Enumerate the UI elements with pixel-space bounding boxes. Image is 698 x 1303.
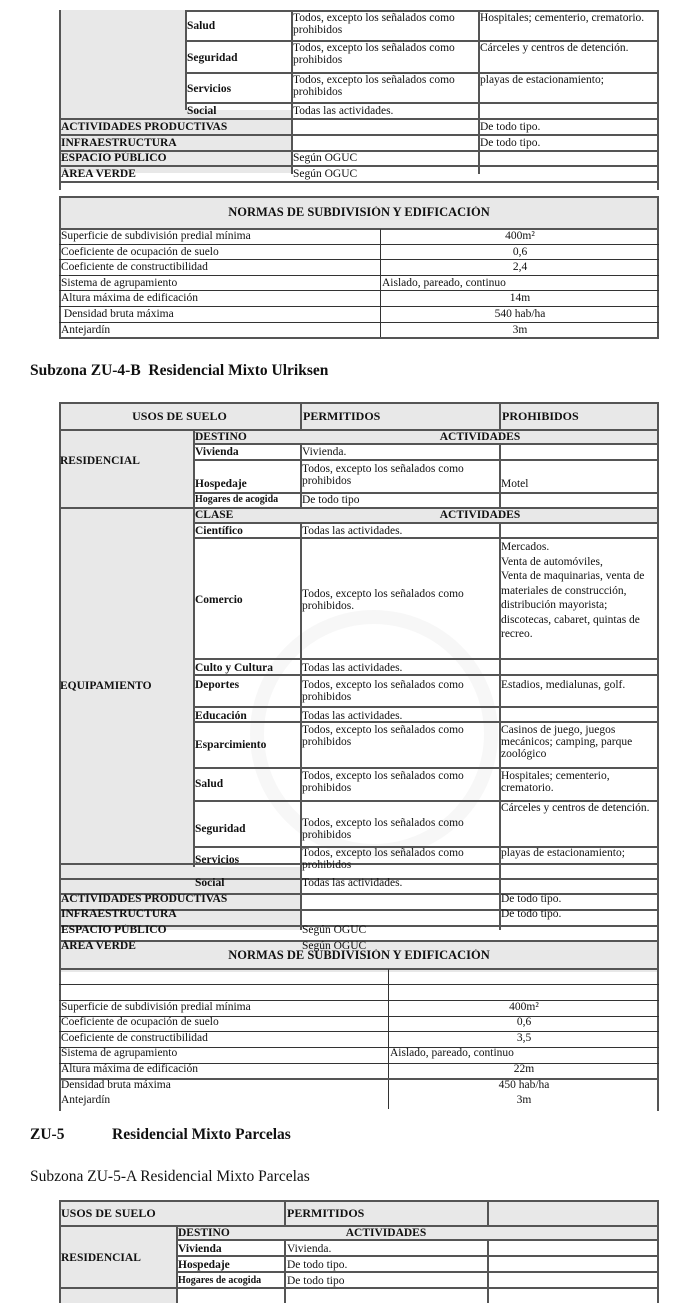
norma-value: 450 hab/ha xyxy=(389,1079,659,1091)
header-prohibidos: PROHIBIDOS xyxy=(501,410,659,422)
norma-value: 0,6 xyxy=(381,246,659,258)
permitidos-cell: Todos, excepto los señalados como prohib… xyxy=(301,847,500,871)
norma-label: Superficie de subdivisión predial mínima xyxy=(60,230,380,242)
uso-label: INFRAESTRUCTURA xyxy=(60,137,292,149)
norma-value: 400m² xyxy=(381,230,659,242)
clase-cell: Científico xyxy=(194,525,300,537)
permitidos-cell: Según OGUC xyxy=(292,152,480,164)
clase-cell: Servicios xyxy=(194,854,300,866)
section-title-zu4b: Subzona ZU-4-B Residencial Mixto Ulrikse… xyxy=(30,362,328,380)
permitidos-cell: Todos, excepto los señalados como prohib… xyxy=(301,724,500,748)
clase-cell: Seguridad xyxy=(194,823,300,835)
clase-cell: Comercio xyxy=(194,594,300,606)
prohibidos-cell: Casinos de juego, juegos mecánicos; camp… xyxy=(500,724,659,760)
header-usos-de-suelo: USOS DE SUELO xyxy=(60,1207,284,1219)
destino-cell: Hospedaje xyxy=(194,478,300,490)
norma-value: 14m xyxy=(381,292,659,304)
permitidos-cell: De todo tipo. xyxy=(286,1259,486,1271)
destino-cell: Hospedaje xyxy=(177,1259,284,1271)
prohibidos-cell: Cárceles y centros de detención. xyxy=(500,802,659,814)
uso-label: ESPACIO PÚBLICO xyxy=(60,924,300,936)
subheader-clase: CLASE xyxy=(194,509,300,521)
norma-value: 3m xyxy=(389,1094,659,1106)
destino-cell: Vivienda xyxy=(194,446,300,458)
uso-label: ACTIVIDADES PRODUCTIVAS xyxy=(60,893,300,905)
prohibidos-cell: playas de estacionamiento; xyxy=(479,74,659,86)
norma-value: 22m xyxy=(389,1063,659,1075)
subheader-actividades: ACTIVIDADES xyxy=(301,431,659,443)
prohibidos-cell: Hospitales; cementerio, crematorio. xyxy=(479,12,659,24)
permitidos-cell: De todo tipo xyxy=(301,494,500,506)
clase-cell: Social xyxy=(186,105,291,117)
permitidos-cell: Todos, excepto los señalados como prohib… xyxy=(292,12,480,36)
header-permitidos: PERMITIDOS xyxy=(286,1207,486,1219)
uso-label: ÁREA VERDE xyxy=(60,168,292,180)
norma-value: Aislado, pareado, continuo xyxy=(381,277,659,289)
permitidos-cell: Todas las actividades. xyxy=(301,877,500,889)
normas-title: NORMAS DE SUBDIVISIÓN Y EDIFICACIÓN xyxy=(59,949,659,961)
norma-label: Coeficiente de ocupación de suelo xyxy=(60,246,380,258)
clase-cell: Seguridad xyxy=(186,52,291,64)
prohibidos-cell: De todo tipo. xyxy=(479,121,659,133)
destino-cell: Hogares de acogida xyxy=(177,1275,284,1287)
permitidos-cell: Todas las actividades. xyxy=(301,710,500,722)
norma-value: 3m xyxy=(381,324,659,336)
subheader-actividades: ACTIVIDADES xyxy=(301,509,659,521)
norma-value: Aislado, pareado, continuo xyxy=(389,1047,659,1059)
permitidos-cell: Todos, excepto los señalados como prohib… xyxy=(301,770,500,794)
prohibidos-cell: playas de estacionamiento; xyxy=(500,847,659,859)
permitidos-cell: De todo tipo xyxy=(286,1275,486,1287)
uso-label: ACTIVIDADES PRODUCTIVAS xyxy=(60,121,292,133)
clase-cell: Social xyxy=(194,877,300,889)
prohibidos-cell: Motel xyxy=(500,478,659,490)
header-permitidos: PERMITIDOS xyxy=(302,410,500,422)
permitidos-cell: Todos, excepto los señalados como prohib… xyxy=(301,679,500,703)
norma-value: 2,4 xyxy=(381,261,659,273)
clase-cell: Deportes xyxy=(194,679,300,691)
clase-cell: Culto y Cultura xyxy=(194,662,300,674)
norma-label: Altura máxima de edificación xyxy=(60,1063,388,1075)
group-residencial: RESIDENCIAL xyxy=(59,455,193,467)
group-residencial: RESIDENCIAL xyxy=(60,1252,176,1264)
clase-cell: Servicios xyxy=(186,83,291,95)
norma-label: Coeficiente de ocupación de suelo xyxy=(60,1016,388,1028)
permitidos-cell: Todos, excepto los señalados como prohib… xyxy=(292,74,480,98)
norma-label: Sistema de agrupamiento xyxy=(60,277,380,289)
uso-label: ESPACIO PÚBLICO xyxy=(60,152,292,164)
prohibidos-cell: Cárceles y centros de detención. xyxy=(479,42,659,54)
prohibidos-cell: Mercados. Venta de automóviles, Venta de… xyxy=(500,540,659,642)
destino-cell: Hogares de acogida xyxy=(194,494,300,506)
subheader-actividades: ACTIVIDADES xyxy=(285,1227,487,1239)
permitidos-cell: Vivienda. xyxy=(301,446,500,458)
norma-value: 3,5 xyxy=(389,1032,659,1044)
section-code-zu5: ZU-5 xyxy=(30,1126,64,1144)
uso-label: INFRAESTRUCTURA xyxy=(60,908,300,920)
permitidos-cell: Todos, excepto los señalados como prohib… xyxy=(292,42,480,66)
permitidos-cell: Todos, excepto los señalados como prohib… xyxy=(301,588,500,612)
subsection-title-zu5a: Subzona ZU-5-A Residencial Mixto Parcela… xyxy=(30,1168,310,1186)
clase-cell: Educación xyxy=(194,710,300,722)
permitidos-cell: Todos, excepto los señalados como prohib… xyxy=(301,463,500,487)
permitidos-cell: Todas las actividades. xyxy=(292,105,480,117)
permitidos-cell: Todas las actividades. xyxy=(301,525,500,537)
norma-value: 400m² xyxy=(389,1001,659,1013)
norma-value: 0,6 xyxy=(389,1016,659,1028)
destino-cell: Vivienda xyxy=(177,1243,284,1255)
prohibidos-cell: Estadios, medialunas, golf. xyxy=(500,679,659,691)
norma-label: Densidad bruta máxima xyxy=(60,308,380,320)
permitidos-cell: Según OGUC xyxy=(301,924,500,936)
subheader-destino: DESTINO xyxy=(194,431,300,443)
header-usos-de-suelo: USOS DE SUELO xyxy=(59,410,300,422)
section-title-zu5: Residencial Mixto Parcelas xyxy=(112,1126,291,1144)
norma-label: Superficie de subdivisión predial mínima xyxy=(60,1001,388,1013)
clase-cell: Salud xyxy=(186,20,291,32)
prohibidos-cell: De todo tipo. xyxy=(500,908,659,920)
permitidos-cell: Vivienda. xyxy=(286,1243,486,1255)
prohibidos-cell: Hospitales; cementerio, crematorio. xyxy=(500,770,659,794)
clase-cell: Esparcimiento xyxy=(194,739,300,751)
clase-cell: Salud xyxy=(194,778,300,790)
permitidos-cell: Según OGUC xyxy=(292,168,480,180)
norma-label: Sistema de agrupamiento xyxy=(60,1047,388,1059)
group-equipamiento: EQUIPAMIENTO xyxy=(59,680,193,692)
norma-label: Altura máxima de edificación xyxy=(60,292,380,304)
norma-label: Antejardín xyxy=(60,324,380,336)
prohibidos-cell: De todo tipo. xyxy=(479,137,659,149)
norma-label: Antejardín xyxy=(60,1094,388,1106)
norma-label: Coeficiente de constructibilidad xyxy=(60,1032,388,1044)
permitidos-cell: Todas las actividades. xyxy=(301,662,500,674)
norma-label: Densidad bruta máxima xyxy=(60,1079,388,1091)
norma-value: 540 hab/ha xyxy=(381,308,659,320)
prohibidos-cell: De todo tipo. xyxy=(500,893,659,905)
subheader-destino: DESTINO xyxy=(177,1227,284,1239)
permitidos-cell: Todos, excepto los señalados como prohib… xyxy=(301,817,500,841)
norma-label: Coeficiente de constructibilidad xyxy=(60,261,380,273)
normas-title: NORMAS DE SUBDIVISIÓN Y EDIFICACIÓN xyxy=(59,206,659,218)
